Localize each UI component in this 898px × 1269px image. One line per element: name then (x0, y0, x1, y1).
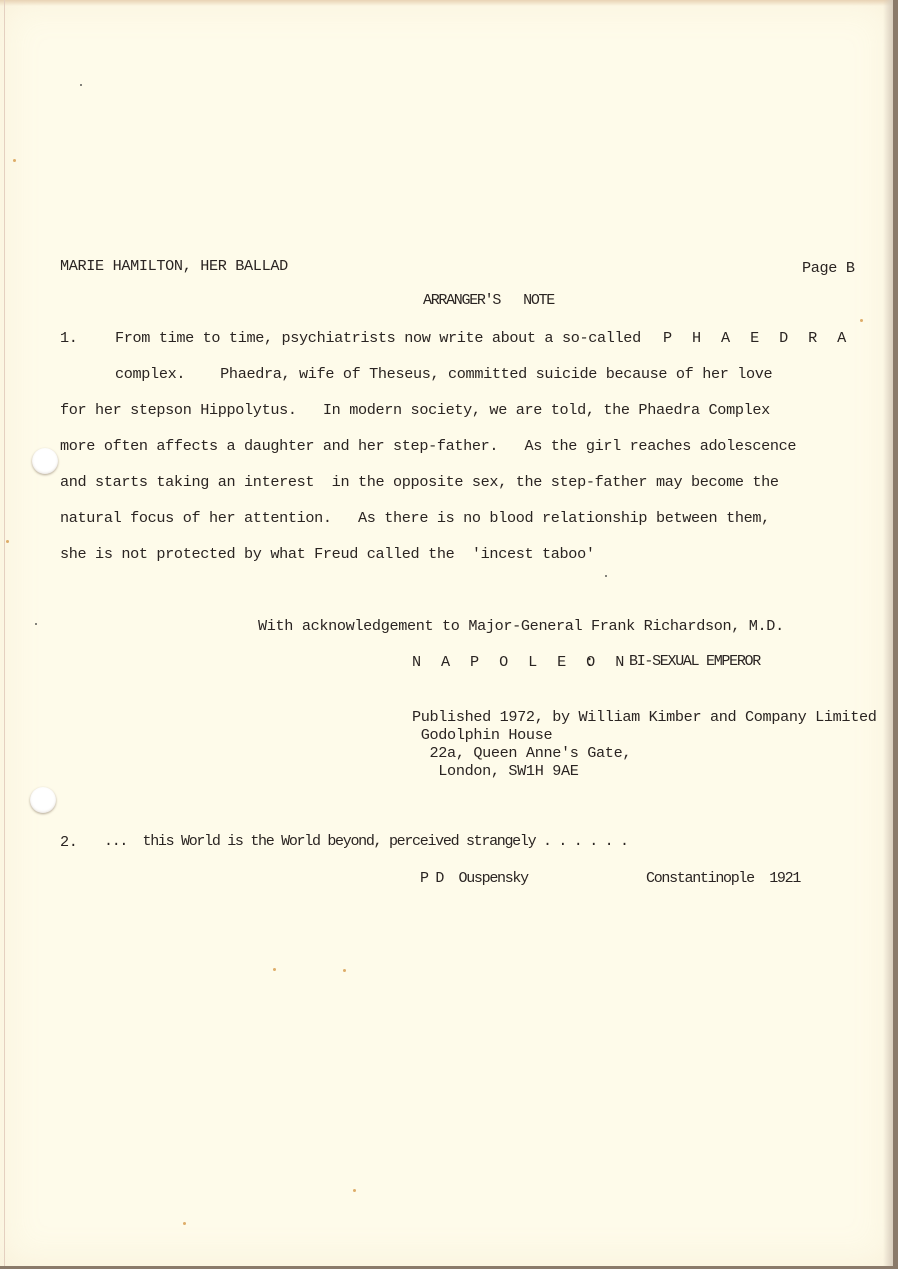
note-1-line-7: she is not protected by what Freud calle… (60, 545, 595, 563)
paper-speck (605, 575, 607, 577)
paper-speck (35, 623, 37, 625)
note-1-line-1: From time to time, psychiatrists now wri… (115, 329, 641, 347)
paper-spot (13, 159, 16, 162)
note-2-number: 2. (60, 833, 78, 851)
note-1-number: 1. (60, 329, 78, 347)
section-heading: ARRANGER'S NOTE (423, 292, 554, 310)
phaedra-spaced: P H A E D R A (663, 329, 852, 347)
book-subtitle: BI-SEXUAL EMPEROR (629, 653, 760, 671)
note-2-place-year: Constantinople 1921 (646, 870, 800, 888)
publisher-line-1: Published 1972, by William Kimber and Co… (412, 708, 877, 726)
paper-spot (860, 319, 863, 322)
publisher-line-2: Godolphin House (412, 726, 552, 744)
publisher-line-3: 22a, Queen Anne's Gate, (412, 744, 631, 762)
punch-hole-upper (32, 448, 58, 474)
document-page: MARIE HAMILTON, HER BALLAD Page B ARRANG… (0, 0, 893, 1266)
punch-hole-lower (30, 787, 56, 813)
note-1-line-2: complex. Phaedra, wife of Theseus, commi… (115, 365, 772, 383)
paper-spot (343, 969, 346, 972)
paper-spot (6, 540, 9, 543)
note-1-line-4: more often affects a daughter and her st… (60, 437, 796, 455)
note-1-line-5: and starts taking an interest in the opp… (60, 473, 779, 491)
paper-spot (353, 1189, 356, 1192)
page-label: Page B (802, 259, 855, 277)
publisher-line-4: London, SW1H 9AE (412, 762, 579, 780)
page-edge (4, 0, 5, 1266)
paper-speck (80, 84, 82, 86)
paper-spot (273, 968, 276, 971)
book-title: N A P O L E O N (412, 653, 630, 671)
note-2-quote: ... this World is the World beyond, perc… (104, 833, 628, 851)
acknowledgement-line: With acknowledgement to Major-General Fr… (258, 617, 784, 635)
note-1-line-3: for her stepson Hippolytus. In modern so… (60, 401, 770, 419)
paper-spot (183, 1222, 186, 1225)
document-title: MARIE HAMILTON, HER BALLAD (60, 257, 288, 275)
note-1-line-6: natural focus of her attention. As there… (60, 509, 770, 527)
book-title-separator: : (585, 653, 594, 671)
note-2-author: P D Ouspensky (420, 870, 528, 888)
